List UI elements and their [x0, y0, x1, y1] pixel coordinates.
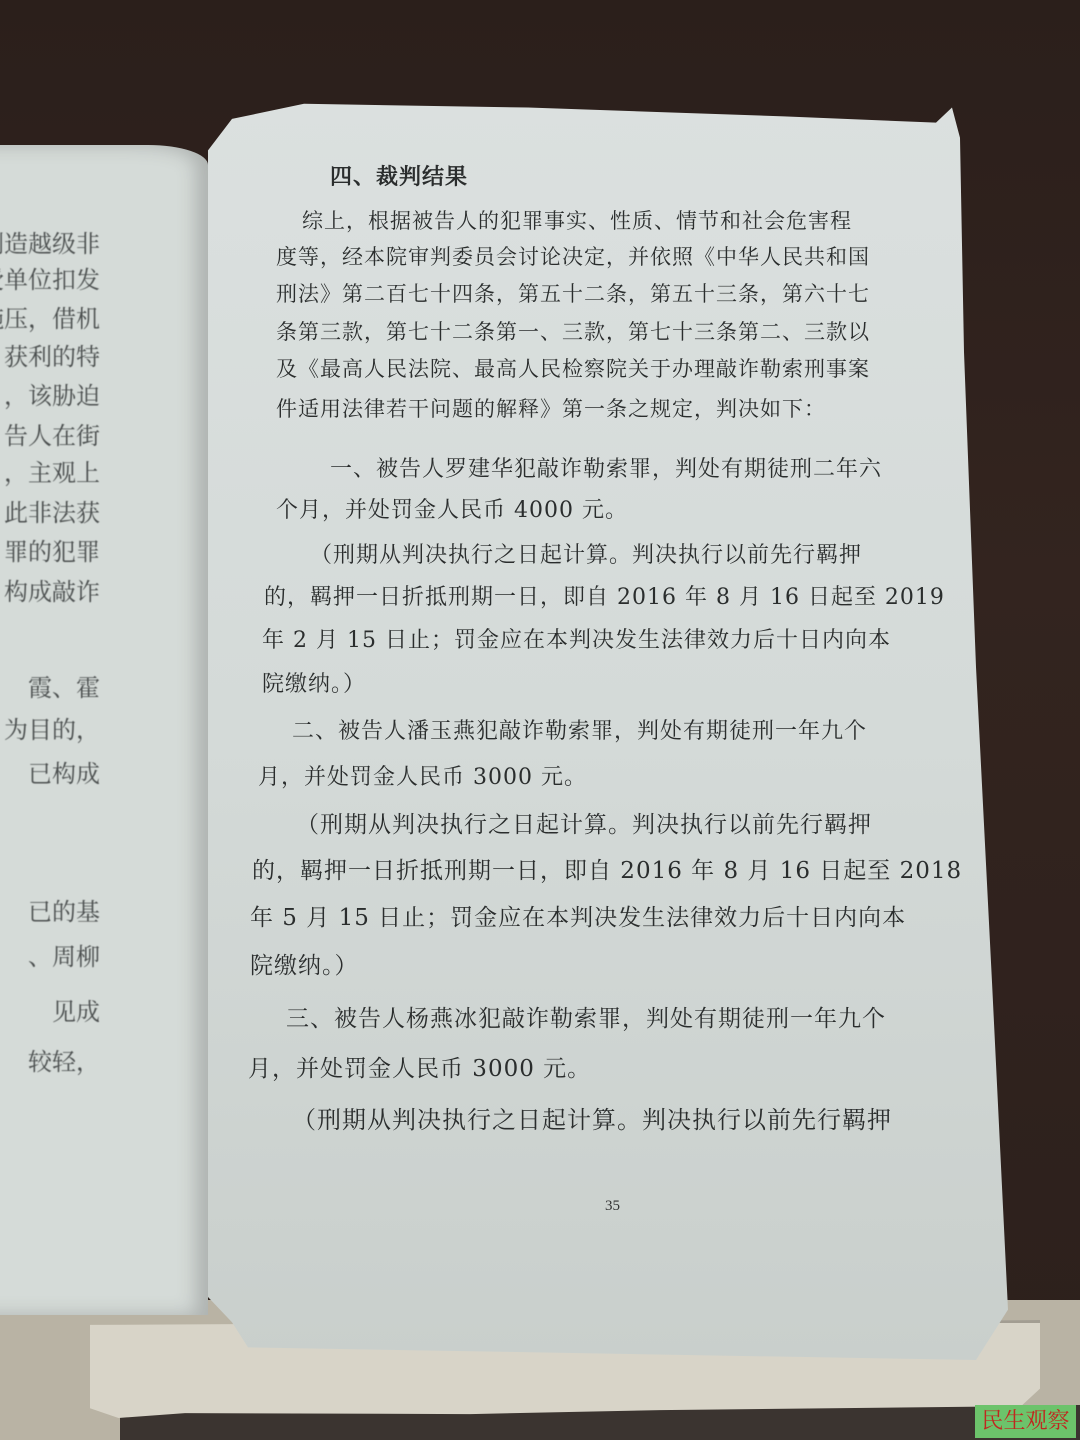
body-text-line: 的，羁押一日折抵刑期一日，即自 2016 年 8 月 16 日起至 2018	[252, 852, 962, 885]
left-page-fragment: 获利的特	[4, 345, 100, 369]
body-text-line: 院缴纳。）	[262, 667, 366, 698]
body-text-line: （刑期从判决执行之日起计算。判决执行以前先行羁押	[292, 1100, 892, 1135]
body-text-line: 条第三款，第七十二条第一、三款，第七十三条第二、三款以	[276, 316, 870, 346]
body-text-line: 一、被告人罗建华犯敲诈勒索罪，判处有期徒刑二年六	[330, 452, 882, 483]
left-page-fragment: 此非法获	[4, 501, 100, 525]
left-page-fragment: ，该胁迫	[4, 384, 100, 408]
left-page-fragment: ，主观上	[4, 461, 100, 485]
left-page-fragment: 、周柳	[28, 945, 100, 969]
left-page-fragment: 霞、霍	[28, 676, 100, 700]
body-text-line: 的，羁押一日折抵刑期一日，即自 2016 年 8 月 16 日起至 2019	[264, 580, 945, 611]
body-text-line: 综上，根据被告人的犯罪事实、性质、情节和社会危害程	[302, 205, 852, 235]
body-text-line: （刑期从判决执行之日起计算。判决执行以前先行羁押	[296, 806, 872, 839]
left-page: 制造越级非受单位扣发施压，借机获利的特，该胁迫告人在街，主观上此非法获罪的犯罪构…	[0, 145, 208, 1315]
body-text-line: 年 2 月 15 日止；罚金应在本判决发生法律效力后十日内向本	[262, 623, 891, 654]
left-page-fragment: 已的基	[28, 900, 100, 924]
body-text-line: 月，并处罚金人民币 3000 元。	[258, 760, 587, 791]
left-page-fragment: 见成	[52, 1000, 100, 1024]
left-page-fragment: 已构成	[28, 762, 100, 786]
watermark-badge: 民生观察	[975, 1405, 1076, 1438]
left-page-fragment: 为目的，	[4, 718, 100, 742]
body-text-line: 度等，经本院审判委员会讨论决定，并依照《中华人民共和国	[276, 241, 870, 271]
body-text-line: 件适用法律若干问题的解释》第一条之规定，判决如下：	[276, 393, 826, 423]
left-page-fragment: 施压，借机	[0, 307, 100, 331]
body-text-line: 二、被告人潘玉燕犯敲诈勒索罪，判处有期徒刑一年九个	[292, 714, 867, 745]
body-text-line: 个月，并处罚金人民币 4000 元。	[276, 493, 628, 524]
left-page-fragment: 受单位扣发	[0, 268, 100, 292]
body-text-line: 月，并处罚金人民币 3000 元。	[248, 1050, 591, 1083]
body-text-line: 院缴纳。）	[250, 947, 359, 980]
body-text-line: 及《最高人民法院、最高人民检察院关于办理敲诈勒索刑事案	[276, 353, 870, 383]
left-page-fragment: 告人在街	[4, 424, 100, 448]
left-page-fragment: 构成敲诈	[4, 580, 100, 604]
body-text-line: （刑期从判决执行之日起计算。判决执行以前先行羁押	[310, 538, 862, 569]
left-page-fragment: 较轻，	[28, 1050, 100, 1074]
page-number: 35	[605, 1198, 620, 1215]
body-text-line: 刑法》第二百七十四条，第五十二条，第五十三条，第六十七	[276, 278, 870, 308]
left-page-fragment: 制造越级非	[0, 232, 100, 256]
section-heading: 四、裁判结果	[330, 160, 468, 191]
body-text-line: 年 5 月 15 日止；罚金应在本判决发生法律效力后十日内向本	[250, 899, 906, 932]
left-page-fragment: 罪的犯罪	[4, 540, 100, 564]
body-text-line: 三、被告人杨燕冰犯敲诈勒索罪，判处有期徒刑一年九个	[286, 1000, 886, 1033]
